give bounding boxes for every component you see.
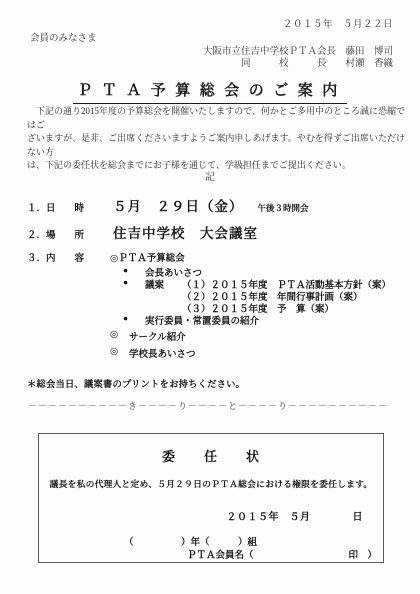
detail-row-datetime: １．日 時 ５月 ２９日（金） 午後３時開会 xyxy=(27,195,309,215)
bring-documents-note: ＊総会当日、議案書のプリントをお持ちください。 xyxy=(27,376,245,390)
proxy-form-date-field: ２０１５年 ５月 日 xyxy=(227,508,364,523)
agenda-proposal-label: 議案 xyxy=(145,277,182,291)
body-paragraph: 下記の通り2015年度の予算総会を開催いたしますので、何かとご多用中のところ誠に… xyxy=(27,105,405,173)
sender-principal: 同 校 長 村瀬 香織 xyxy=(241,55,393,69)
detail-value-place: 住吉中学校 大会議室 xyxy=(113,222,258,242)
bullet-circle-icon: ● xyxy=(123,277,145,291)
proxy-form-class-field: （ ）年（ ）組 xyxy=(124,534,257,548)
detail-row-place: ２．場 所 住吉中学校 大会議室 xyxy=(27,222,258,242)
content-item-text: サークル紹介 xyxy=(129,329,186,343)
detail-label-datetime: １．日 時 xyxy=(27,200,113,214)
detail-label-place: ２．場 所 xyxy=(27,227,113,241)
detail-note-datetime: 午後３時開会 xyxy=(258,202,309,214)
detail-label-content: ３．内 容 xyxy=(27,250,113,264)
record-marker: 記 xyxy=(0,168,420,183)
detail-row-content: ３．内 容 ◎ＰＴＡ予算総会 xyxy=(27,250,185,264)
content-item-circle-intro: ◎ サークル紹介 xyxy=(110,329,186,343)
proxy-form-member-name-field: ＰＴＡ会員名（ 印 ） xyxy=(187,547,377,561)
double-circle-icon: ◎ xyxy=(110,346,129,360)
agenda-item-committee-intro: ● 実行委員・常置委員の紹介 xyxy=(123,313,259,327)
content-item-text: 学校長あいさつ xyxy=(129,346,196,360)
document-title: ＰＴＡ予算総会のご案内 xyxy=(73,79,347,104)
agenda-text: 実行委員・常置委員の紹介 xyxy=(145,313,259,327)
proxy-form-box: 委 任 状 議長を私の代理人と定め、５月２９日のＰＴＡ総会における権限を委任しま… xyxy=(38,433,384,563)
detail-heading-content: ◎ＰＴＡ予算総会 xyxy=(110,250,185,264)
bullet-circle-icon: ● xyxy=(123,313,145,327)
document-page: ２０１５年 ５月２２日 会員のみなさま 大阪市立住吉中学校ＰＴＡ会長 藤田 博司… xyxy=(0,0,420,594)
issue-date: ２０１５年 ５月２２日 xyxy=(283,16,393,30)
addressee: 会員のみなさま xyxy=(30,30,97,44)
detail-value-datetime: ５月 ２９日（金） xyxy=(113,195,244,215)
proxy-form-statement: 議長を私の代理人と定め、５月２９日のＰＴＡ総会における権限を委任します。 xyxy=(39,477,383,490)
cut-here-dashed-line: －－－－－－－－－－き－－－－り－－－－と－－－－り－－－－－－－－－－ xyxy=(28,399,408,412)
proxy-form-title: 委 任 状 xyxy=(39,446,383,465)
double-circle-icon: ◎ xyxy=(110,329,129,343)
document-title-row: ＰＴＡ予算総会のご案内 xyxy=(0,79,420,104)
content-item-principal-greeting: ◎ 学校長あいさつ xyxy=(110,346,196,360)
